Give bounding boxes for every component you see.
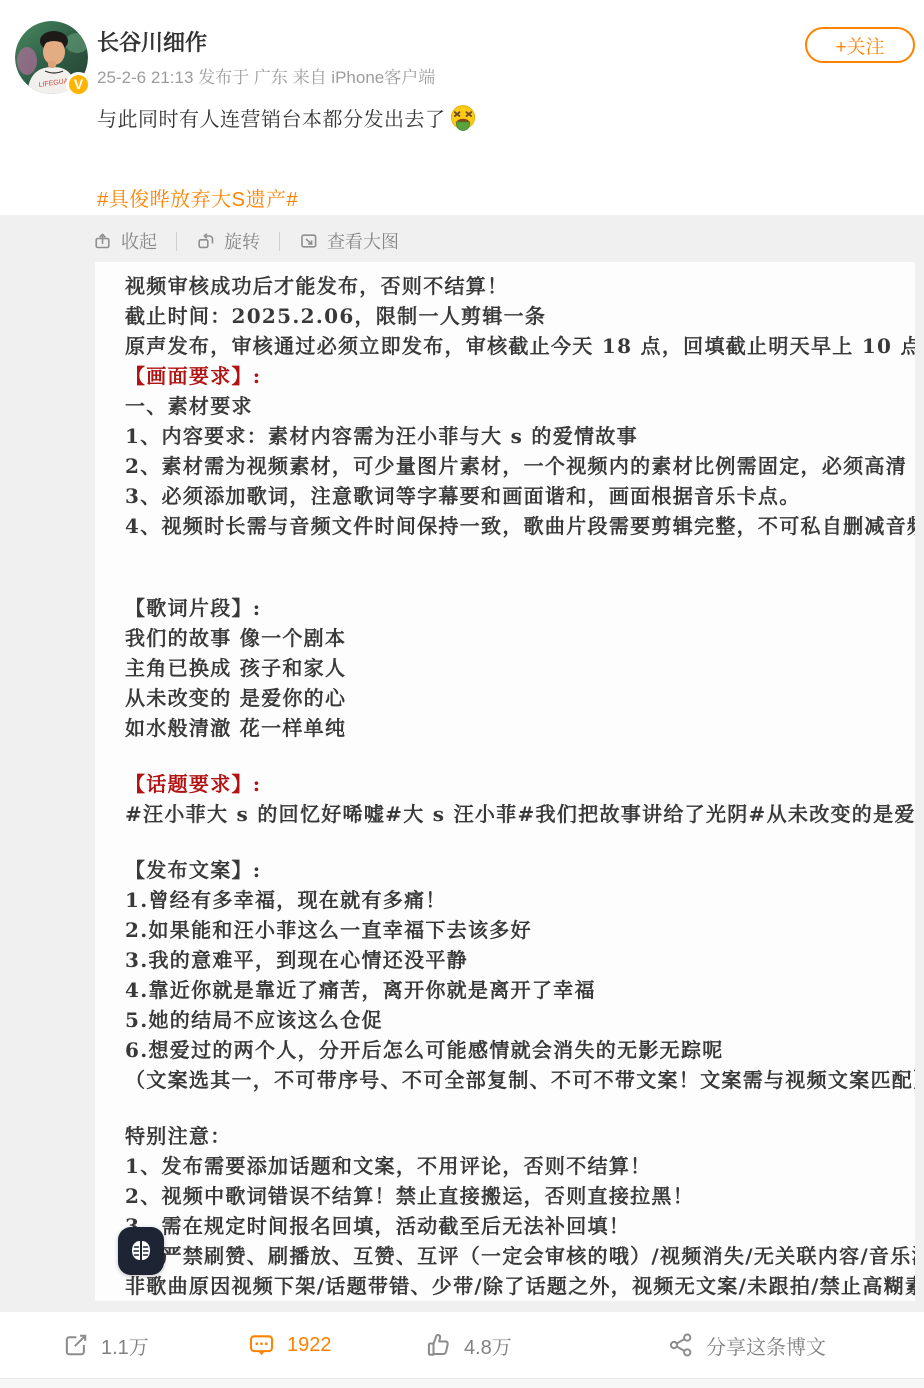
verified-badge-icon: V [66, 72, 91, 97]
document-text-line [125, 567, 915, 593]
rotate-button[interactable]: 旋转 [196, 228, 260, 254]
document-text-line: 如水般清澈 花一样单纯 [125, 713, 915, 743]
repost-button[interactable]: 1.1万 [62, 1312, 149, 1378]
toolbar-divider [279, 232, 280, 251]
comment-button[interactable]: 1922 [248, 1312, 332, 1378]
document-text-line: 3、必须添加歌词，注意歌词等字幕要和画面谐和，画面根据音乐卡点。 [125, 481, 915, 511]
document-text-line: 5.她的结局不应该这么仓促 [125, 1005, 915, 1035]
document-text-line [125, 541, 915, 567]
collapse-icon [93, 231, 113, 251]
username[interactable]: 长谷川细作 [97, 26, 207, 57]
document-text-line: 4、视频时长需与音频文件时间保持一致，歌曲片段需要剪辑完整，不可私自删减音频时长 [125, 511, 915, 541]
document-text-line: 1.曾经有多幸福，现在就有多痛！ [125, 885, 915, 915]
document-text-line: 4.靠近你就是靠近了痛苦，离开你就是离开了幸福 [125, 975, 915, 1005]
like-button[interactable]: 4.8万 [425, 1312, 512, 1378]
view-large-button[interactable]: 查看大图 [299, 228, 399, 254]
view-large-label: 查看大图 [327, 228, 399, 254]
document-text-line: 2、视频中歌词错误不结算！禁止直接搬运，否则直接拉黑！ [125, 1181, 915, 1211]
document-text-line: 从未改变的 是爱你的心 [125, 683, 915, 713]
document-text-line: 3、需在规定时间报名回填，活动截至后无法补回填！ [125, 1211, 915, 1241]
document-text-line: 6.想爱过的两个人，分开后怎么可能感情就会消失的无影无踪呢 [125, 1035, 915, 1065]
collapse-button[interactable]: 收起 [93, 228, 157, 254]
document-text-line: 一、素材要求 [125, 391, 915, 421]
document-text-line: 原声发布，审核通过必须立即发布，审核截止今天 18 点，回填截止明天早上 10 … [125, 331, 915, 361]
document-text-line: 【话题要求】: [125, 769, 915, 799]
view-large-icon [299, 231, 319, 251]
ai-assistant-button[interactable] [118, 1227, 164, 1275]
document-text-line: 4、严禁刷赞、刷播放、互赞、互评（一定会审核的哦）/视频消失/无关联内容/音乐混… [125, 1241, 915, 1271]
avatar[interactable]: LIFEGUARD V [15, 21, 88, 94]
document-text-line [125, 1095, 915, 1121]
attached-document-image[interactable]: 视频审核成功后才能发布，否则不结算！ 截止时间：2025.2.06，限制一人剪辑… [95, 262, 915, 1301]
toolbar-divider [176, 232, 177, 251]
document-text-line: 2.如果能和汪小菲这么一直幸福下去该多好 [125, 915, 915, 945]
document-text-line: 主角已换成 孩子和家人 [125, 653, 915, 683]
document-text-line: 特别注意： [125, 1121, 915, 1151]
follow-button[interactable]: +关注 [805, 27, 915, 63]
collapse-label: 收起 [121, 228, 157, 254]
post-meta: 25-2-6 21:13 发布于 广东 来自 iPhone客户端 [97, 63, 435, 88]
document-text-line [125, 743, 915, 769]
repost-icon [62, 1332, 89, 1359]
weibo-post-page: LIFEGUARD V 长谷川细作 25-2-6 21:13 发布于 广东 来自… [0, 0, 924, 1388]
image-attachment-area: 收起 旋转 查看大图 视频 [0, 215, 924, 1312]
document-text-line: 3.我的意难平，到现在心情还没平静 [125, 945, 915, 975]
document-text-line: 2、素材需为视频素材，可少量图片素材，一个视频内的素材比例需固定，必须高清 [125, 451, 915, 481]
like-count: 4.8万 [464, 1331, 512, 1360]
post-text-content: 与此同时有人连营销台本都分发出去了 [97, 103, 446, 132]
image-toolbar: 收起 旋转 查看大图 [93, 228, 399, 254]
document-text-line: 1、内容要求：素材内容需为汪小菲与大 s 的爱情故事 [125, 421, 915, 451]
brain-icon [126, 1236, 156, 1266]
card-bottom-divider [0, 1378, 924, 1388]
rotate-label: 旋转 [224, 228, 260, 254]
rotate-icon [196, 231, 216, 251]
comment-count: 1922 [287, 1334, 332, 1357]
document-text-line: 视频审核成功后才能发布，否则不结算！ [125, 271, 915, 301]
hashtag-link[interactable]: #具俊晔放弃大S遗产# [97, 183, 298, 212]
share-label: 分享这条博文 [706, 1331, 826, 1360]
post-text: 与此同时有人连营销台本都分发出去了 [97, 103, 477, 132]
document-text-line [125, 829, 915, 855]
vomiting-face-emoji-icon [449, 104, 477, 132]
document-text-line: #汪小菲大 s 的回忆好唏嘘#大 s 汪小菲#我们把故事讲给了光阴#从未改变的是… [125, 799, 915, 829]
share-button[interactable]: 分享这条博文 [668, 1312, 826, 1378]
comment-icon [248, 1332, 275, 1359]
action-bar: 1.1万 1922 4.8万 [0, 1312, 924, 1378]
document-text-line: 非歌曲原因视频下架/话题带错、少带/除了话题之外，视频无文案/未跟拍/禁止高糊素… [125, 1271, 915, 1301]
document-text-line: 【歌词片段】: [125, 593, 915, 623]
document-text-line: 我们的故事 像一个剧本 [125, 623, 915, 653]
document-text-line: 【发布文案】: [125, 855, 915, 885]
document-text-line: （文案选其一，不可带序号、不可全部复制、不可不带文案！文案需与视频文案匹配） [125, 1065, 915, 1095]
document-text-line: 【画面要求】: [125, 361, 915, 391]
repost-count: 1.1万 [101, 1331, 149, 1360]
share-icon [668, 1332, 694, 1358]
document-text-line: 1、发布需要添加话题和文案，不用评论，否则不结算！ [125, 1151, 915, 1181]
like-icon [425, 1332, 452, 1359]
document-text-line: 截止时间：2025.2.06，限制一人剪辑一条 [125, 301, 915, 331]
